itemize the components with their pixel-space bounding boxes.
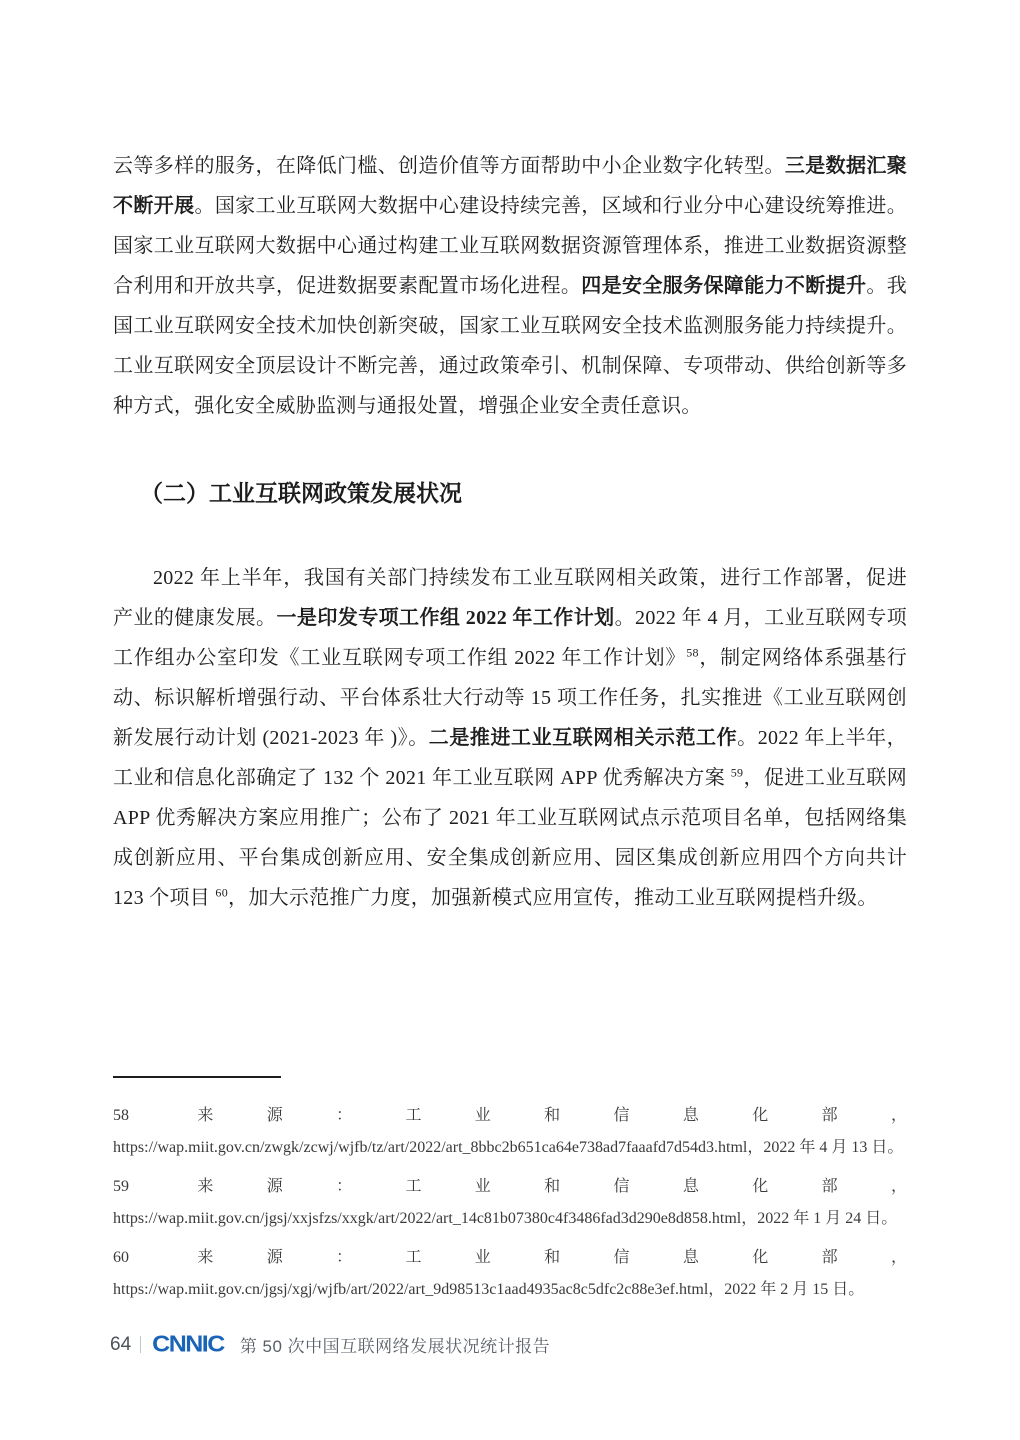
bold-run: 二是推进工业互联网相关示范工作 <box>429 727 737 749</box>
footnote-text: 来源：工业和信息化部，https://wap.miit.gov.cn/zwgk/… <box>113 1107 907 1156</box>
footnote-divider <box>113 1076 281 1078</box>
page-footer: 64 CNNIC 第 50 次中国互联网络发展状况统计报告 <box>110 1330 550 1359</box>
text-run: ，加大示范推广力度，加强新模式应用宣传，推动工业互联网提档升级。 <box>228 887 878 909</box>
footnote-text: 来源：工业和信息化部，https://wap.miit.gov.cn/jgsj/… <box>113 1249 907 1298</box>
section-heading: （二）工业互联网政策发展状况 <box>140 476 907 510</box>
bold-run: 一是印发专项工作组 2022 年工作计划 <box>276 607 614 629</box>
footnote-marker: 60 <box>113 1249 129 1266</box>
footer-separator <box>140 1336 141 1353</box>
page-content: 云等多样的服务，在降低门槛、创造价值等方面帮助中小企业数字化转型。三是数据汇聚不… <box>113 0 907 918</box>
footnote-58: 58来源：工业和信息化部，https://wap.miit.gov.cn/zwg… <box>113 1100 907 1164</box>
cnnic-logo: CNNIC <box>152 1331 224 1358</box>
footnote-marker: 59 <box>113 1178 129 1195</box>
text-run: 云等多样的服务，在降低门槛、创造价值等方面帮助中小企业数字化转型。 <box>113 155 785 177</box>
footnote-ref: 59 <box>731 765 744 779</box>
document-page: 云等多样的服务，在降低门槛、创造价值等方面帮助中小企业数字化转型。三是数据汇聚不… <box>0 0 1020 1440</box>
body-paragraph-policy-development: 2022 年上半年，我国有关部门持续发布工业互联网相关政策，进行工作部署，促进产… <box>113 558 907 918</box>
footnote-ref: 58 <box>686 645 699 659</box>
footnotes-section: 58来源：工业和信息化部，https://wap.miit.gov.cn/zwg… <box>113 1076 907 1313</box>
body-paragraph-industrial-internet: 云等多样的服务，在降低门槛、创造价值等方面帮助中小企业数字化转型。三是数据汇聚不… <box>113 146 907 426</box>
footnote-60: 60来源：工业和信息化部，https://wap.miit.gov.cn/jgs… <box>113 1242 907 1306</box>
footnote-text: 来源：工业和信息化部，https://wap.miit.gov.cn/jgsj/… <box>113 1178 907 1227</box>
page-number: 64 <box>110 1334 131 1356</box>
footnote-ref: 60 <box>215 885 228 899</box>
footnote-marker: 58 <box>113 1107 129 1124</box>
bold-run: 四是安全服务保障能力不断提升 <box>581 275 866 297</box>
report-title: 第 50 次中国互联网络发展状况统计报告 <box>240 1332 550 1357</box>
footnote-59: 59来源：工业和信息化部，https://wap.miit.gov.cn/jgs… <box>113 1171 907 1235</box>
